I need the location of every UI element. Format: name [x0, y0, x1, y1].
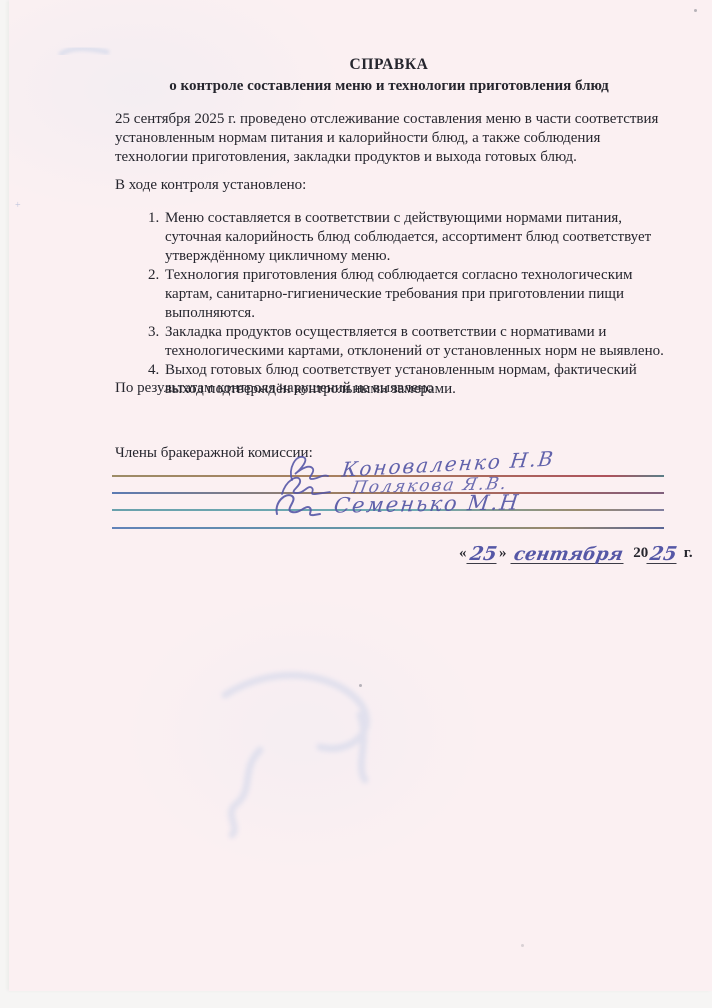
dust-speck [359, 684, 362, 687]
document-content: СПРАВКА о контроле составления меню и те… [0, 0, 712, 1008]
finding-item: Закладка продуктов осуществляется в соот… [163, 323, 677, 361]
date-row: « 25 » сентября 20 25 г. [459, 543, 693, 564]
scan-canvas: { "document": { "title": "СПРАВКА", "sub… [0, 0, 712, 1008]
intro-paragraph: 25 сентября 2025 г. проведено отслеживан… [115, 110, 667, 167]
finding-item: Меню составляется в соответствии с дейст… [163, 209, 677, 266]
dust-speck [694, 9, 697, 12]
conclusion-text: По результатам контроля нарушений не выя… [115, 380, 434, 397]
findings-list: Меню составляется в соответствии с дейст… [115, 209, 677, 399]
document-header: СПРАВКА о контроле составления меню и те… [115, 56, 663, 95]
finding-item: Технология приготовления блюд соблюдаетс… [163, 266, 677, 323]
document-subtitle: о контроле составления меню и технологии… [115, 78, 663, 95]
pencil-mark: + [15, 200, 21, 211]
ink-bleedthrough-smudge [170, 655, 440, 845]
signature-paraph-icon [272, 490, 322, 520]
date-day-handwritten: 25 [466, 546, 500, 564]
ink-smudge-top-left [55, 38, 115, 64]
date-close-quote: » [499, 543, 507, 564]
dust-speck [521, 944, 524, 947]
document-title: СПРАВКА [115, 56, 663, 74]
signature-line [112, 527, 664, 529]
date-month-handwritten: сентября [511, 546, 627, 564]
date-era-label: г. [684, 543, 693, 564]
findings-heading: В ходе контроля установлено: [115, 177, 306, 194]
date-year-handwritten: 25 [647, 546, 681, 564]
date-open-quote: « [459, 543, 467, 564]
signature-name: Семенько М.Н [333, 490, 522, 517]
commission-label: Члены бракеражной комиссии: [115, 445, 313, 462]
